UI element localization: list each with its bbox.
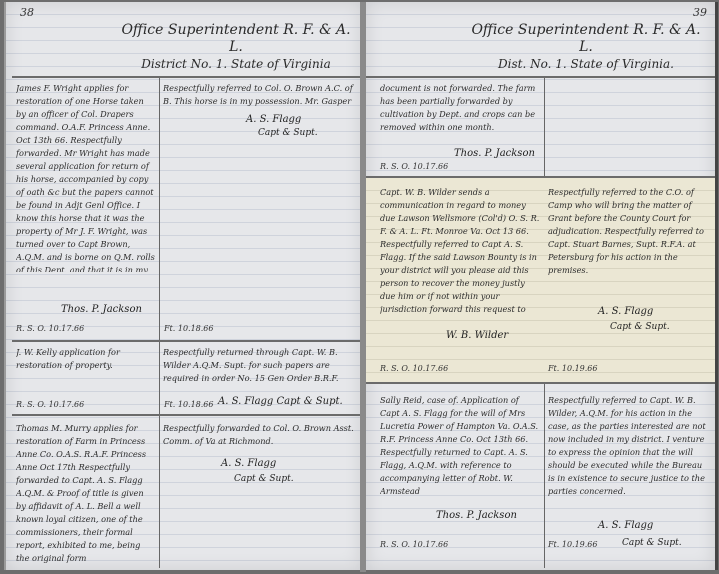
- endorsement-text: Respectfully referred to Capt. W. B. Wil…: [548, 394, 710, 512]
- entry-text: J. W. Kelly application for restoration …: [16, 346, 156, 376]
- endorsement-text: Respectfully referred to the C.O. of Cam…: [548, 186, 710, 304]
- header-line-2: District No. 1. State of Virginia: [116, 56, 356, 73]
- entry-rule: [366, 382, 715, 384]
- page-number: 38: [20, 6, 34, 19]
- endorsement-text: Respectfully forwarded to Col. O. Brown …: [163, 422, 358, 452]
- page-header: Office Superintendent R. F. & A. L. Dist…: [466, 22, 706, 73]
- endorsement-date: Ft. 10.18.66: [164, 400, 213, 409]
- left-page: 38 Office Superintendent R. F. & A. L. D…: [4, 2, 362, 570]
- entry-text: James F. Wright applies for restoration …: [16, 82, 156, 272]
- endorsement-signature: A. S. Flagg: [598, 520, 653, 531]
- entry-date: R. S. O. 10.17.66: [380, 162, 448, 171]
- entry-signature: W. B. Wilder: [446, 330, 508, 341]
- endorsement-date: Ft. 10.19.66: [548, 364, 597, 373]
- endorsement-signature: A. S. Flagg: [221, 458, 276, 469]
- entry-signature: Thos. P. Jackson: [454, 148, 535, 159]
- right-page: 39 Office Superintendent R. F. & A. L. D…: [366, 2, 718, 570]
- entry-rule: [12, 340, 360, 342]
- endorsement-text: Respectfully returned through Capt. W. B…: [163, 346, 358, 388]
- page-header: Office Superintendent R. F. & A. L. Dist…: [116, 22, 356, 73]
- entry-date: R. S. O. 10.17.66: [16, 400, 84, 409]
- entry-signature: Thos. P. Jackson: [61, 304, 142, 315]
- endorsement-title: Capt & Supt.: [258, 128, 318, 138]
- header-line-2: Dist. No. 1. State of Virginia.: [466, 56, 706, 73]
- header-line-1: Office Superintendent R. F. & A. L.: [466, 22, 706, 56]
- entry-text: Thomas M. Murry applies for restoration …: [16, 422, 156, 568]
- entry-date: R. S. O. 10.17.66: [380, 540, 448, 549]
- entry-text: Sally Reid, case of. Application of Capt…: [380, 394, 540, 504]
- header-rule: [366, 76, 715, 78]
- entry-date: R. S. O. 10.17.66: [380, 364, 448, 373]
- endorsement-text: Respectfully referred to Col. O. Brown A…: [163, 82, 358, 112]
- endorsement-date: Ft. 10.18.66: [164, 324, 213, 333]
- header-line-1: Office Superintendent R. F. & A. L.: [116, 22, 356, 56]
- entry-date: R. S. O. 10.17.66: [16, 324, 84, 333]
- column-divider: [159, 78, 160, 568]
- endorsement-title: Capt & Supt.: [622, 538, 682, 548]
- endorsement-signature: A. S. Flagg Capt & Supt.: [218, 396, 343, 407]
- header-rule: [12, 76, 360, 78]
- ledger-spread: 38 Office Superintendent R. F. & A. L. D…: [4, 2, 717, 572]
- entry-text: Capt. W. B. Wilder sends a communication…: [380, 186, 540, 316]
- entry-text: document is not forwarded. The farm has …: [380, 82, 540, 134]
- entry-signature: Thos. P. Jackson: [436, 510, 517, 521]
- endorsement-date: Ft. 10.19.66: [548, 540, 597, 549]
- endorsement-title: Capt & Supt.: [234, 474, 294, 484]
- endorsement-title: Capt & Supt.: [610, 322, 670, 332]
- endorsement-signature: A. S. Flagg: [598, 306, 653, 317]
- page-number: 39: [693, 6, 707, 19]
- entry-rule: [12, 414, 360, 416]
- endorsement-signature: A. S. Flagg: [246, 114, 301, 125]
